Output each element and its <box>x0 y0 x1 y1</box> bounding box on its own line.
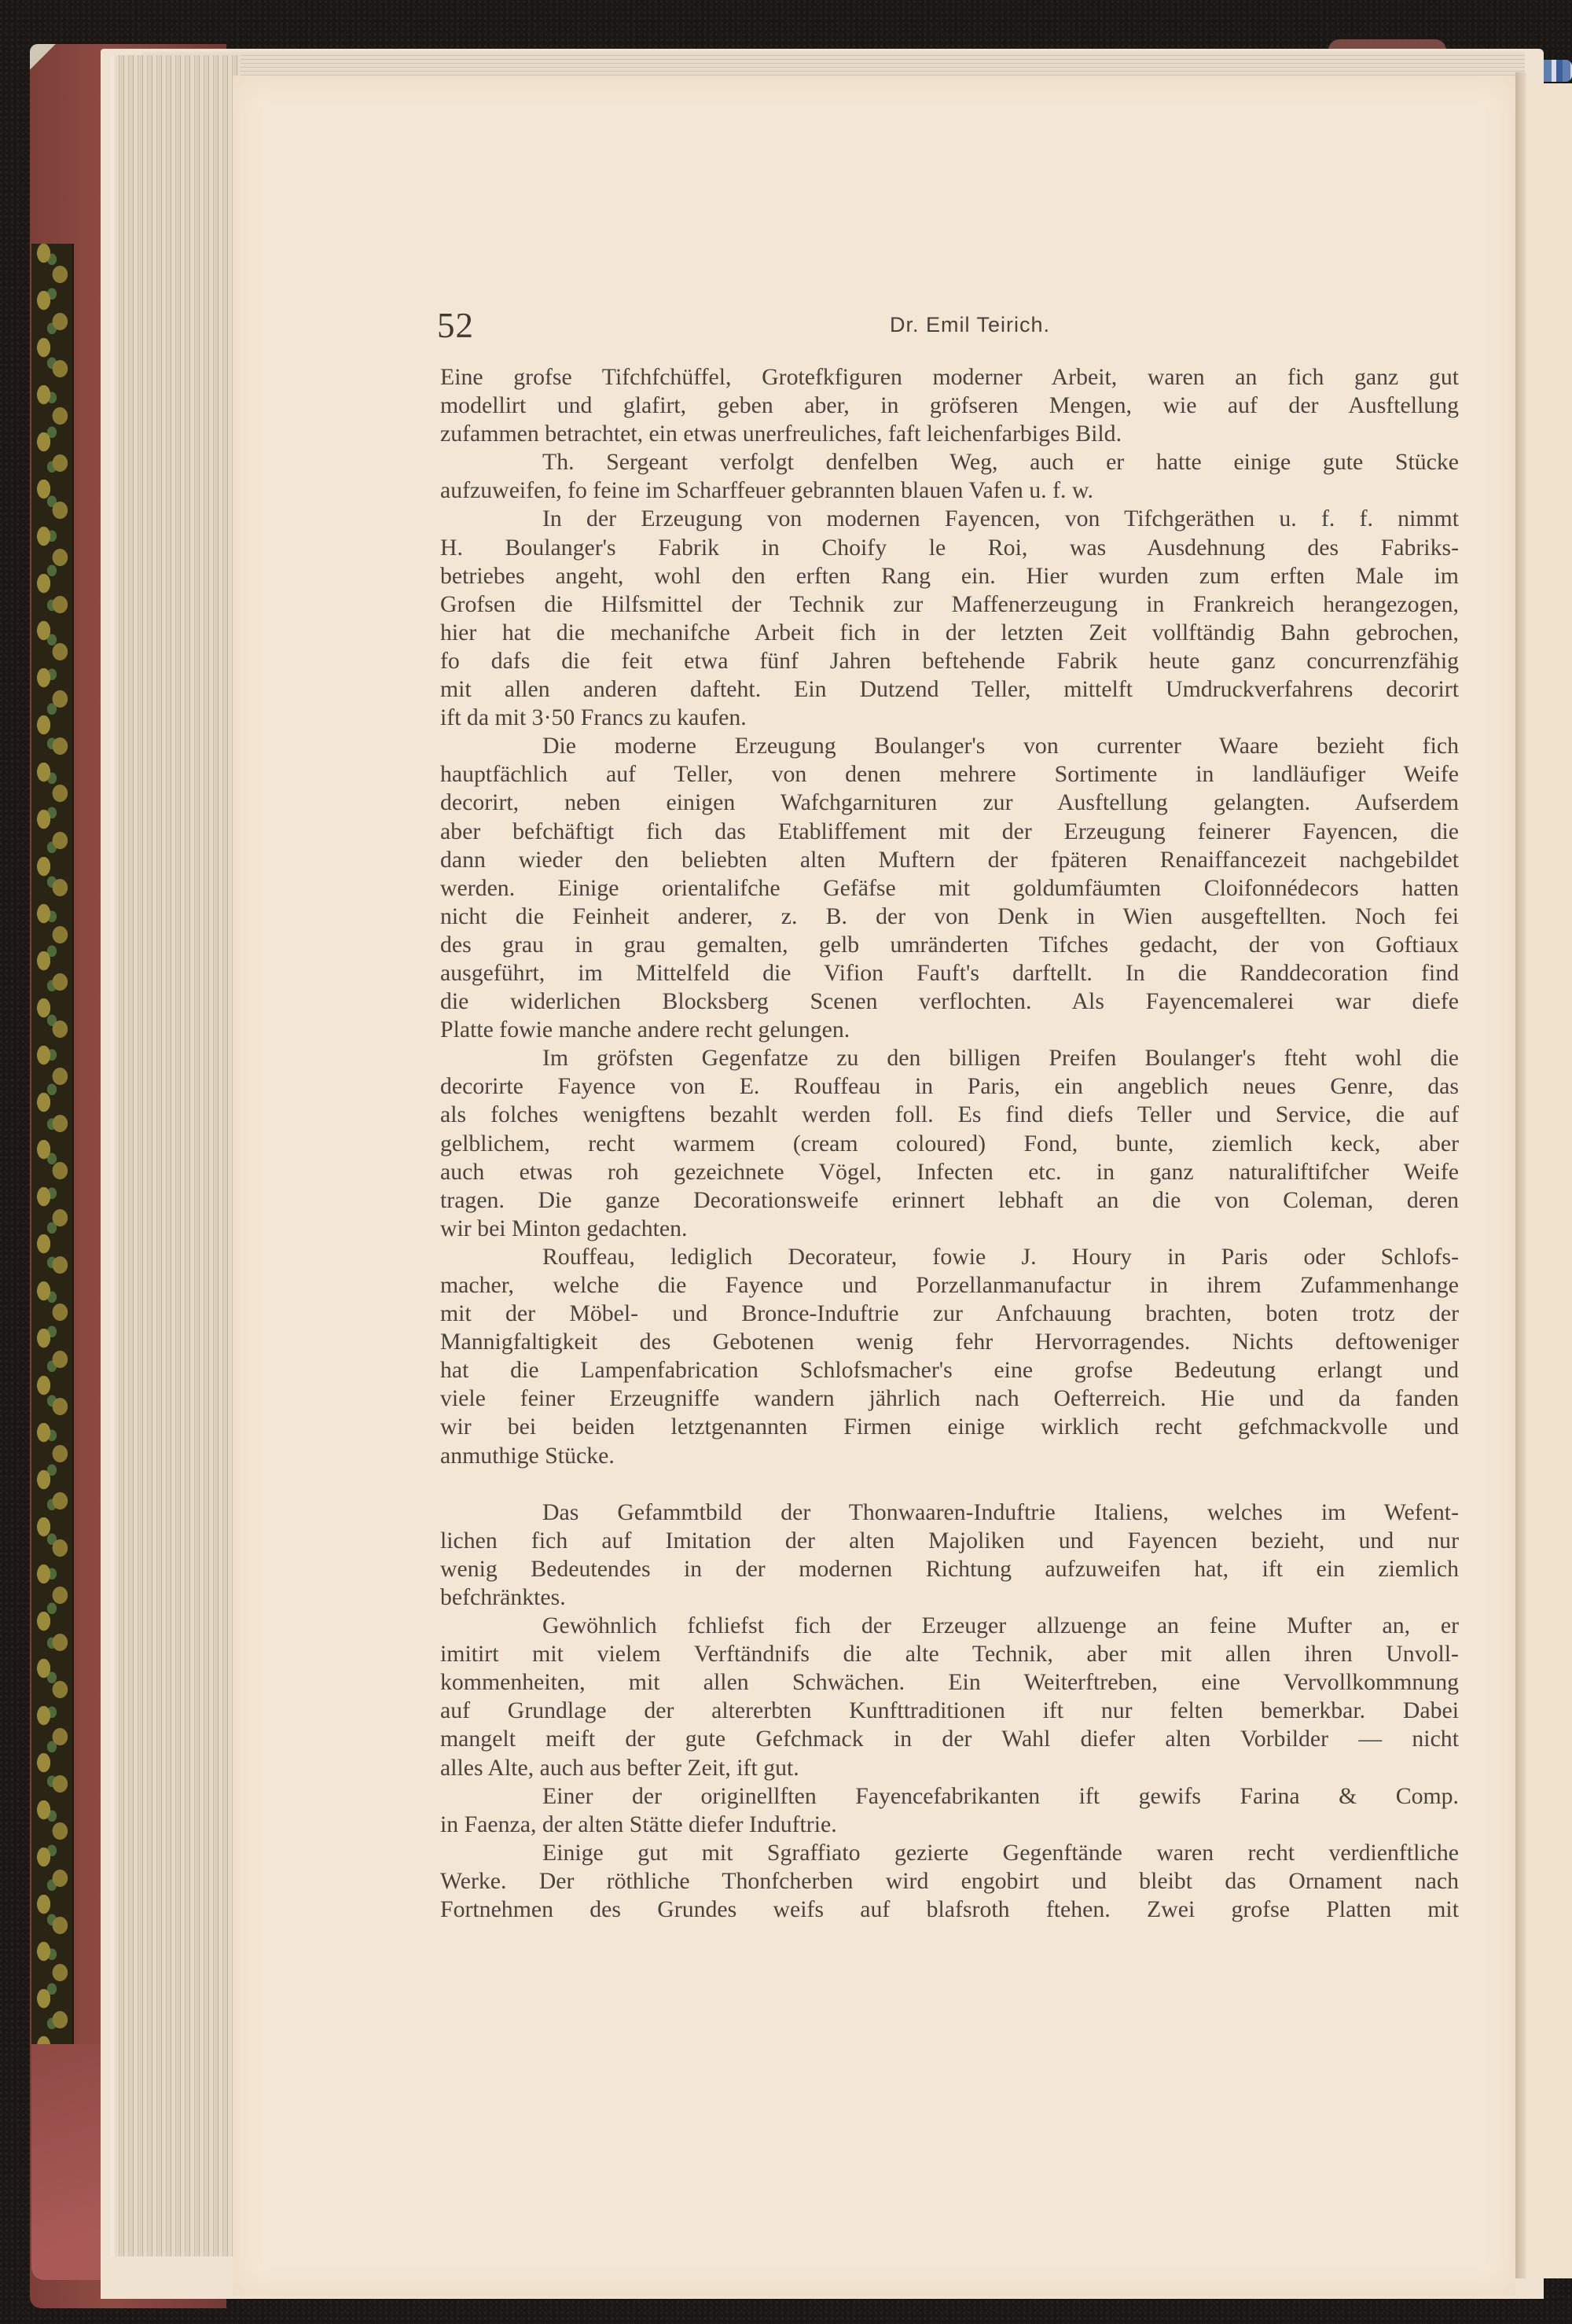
text-line: als folches wenigftens bezahlt werden fo… <box>440 1101 1459 1129</box>
text-line: macher, welche die Fayence und Porzellan… <box>440 1271 1459 1300</box>
text-line: wenig Bedeutendes in der modernen Richtu… <box>440 1555 1459 1583</box>
text-line: Fortnehmen des Grundes weifs auf blafsro… <box>440 1896 1459 1924</box>
text-line: imitirt mit vielem Verftändnifs die alte… <box>440 1640 1459 1668</box>
text-line: Mannigfaltigkeit des Gebotenen wenig feh… <box>440 1328 1459 1356</box>
paragraph: Rouffeau, lediglich Decorateur, fowie J.… <box>440 1243 1459 1470</box>
text-line: Die moderne Erzeugung Boulanger's von cu… <box>440 732 1459 760</box>
text-line: Rouffeau, lediglich Decorateur, fowie J.… <box>440 1243 1459 1271</box>
text-line: gelblichem, recht warmem (cream coloured… <box>440 1130 1459 1158</box>
text-line: wir bei Minton gedachten. <box>440 1215 1459 1243</box>
text-line: Einige gut mit Sgraffiato gezierte Gegen… <box>440 1839 1459 1867</box>
text-line: nicht die Feinheit anderer, z. B. der vo… <box>440 903 1459 931</box>
text-line: die widerlichen Blocksberg Scenen verflo… <box>440 987 1459 1016</box>
text-line: alles Alte, auch aus befter Zeit, ift gu… <box>440 1754 1459 1782</box>
text-line: modellirt und glafirt, geben aber, in gr… <box>440 392 1459 420</box>
text-line: tragen. Die ganze Decorationsweife erinn… <box>440 1186 1459 1215</box>
text-line: aufzuweifen, fo feine im Scharffeuer geb… <box>440 476 1459 505</box>
text-line: Werke. Der röthliche Thonfcherben wird e… <box>440 1867 1459 1896</box>
paragraph: Eine grofse Tifchfchüffel, Grotefkfigure… <box>440 363 1459 448</box>
text-line: Das Gefammtbild der Thonwaaren-Induftrie… <box>440 1498 1459 1527</box>
text-line: Gewöhnlich fchliefst fich der Erzeuger a… <box>440 1612 1459 1640</box>
text-line: dann wieder den beliebten alten Muftern … <box>440 846 1459 874</box>
text-line: Th. Sergeant verfolgt denfelben Weg, auc… <box>440 448 1459 476</box>
text-line: wir bei beiden letztgenannten Firmen ein… <box>440 1413 1459 1441</box>
text-line: mit der Möbel- und Bronce-Induftrie zur … <box>440 1300 1459 1328</box>
text-line: ift da mit 3·50 Francs zu kaufen. <box>440 704 1459 732</box>
facing-page-edge <box>1526 83 1572 2278</box>
text-line: werden. Einige orientalifche Gefäfse mit… <box>440 874 1459 903</box>
text-line: zufammen betrachtet, ein etwas unerfreul… <box>440 420 1459 448</box>
cover-corner-wear <box>30 44 102 115</box>
paragraph: Einer der originellften Fayencefabrikant… <box>440 1782 1459 1839</box>
author-header: Dr. Emil Teirich. <box>437 313 1456 337</box>
text-line: des grau in grau gemalten, gelb umränder… <box>440 931 1459 959</box>
text-line: mit allen anderen dafteht. Ein Dutzend T… <box>440 675 1459 704</box>
text-line: betriebes angeht, wohl den erften Rang e… <box>440 562 1459 590</box>
text-line: Eine grofse Tifchfchüffel, Grotefkfigure… <box>440 363 1459 392</box>
text-line: Einer der originellften Fayencefabrikant… <box>440 1782 1459 1811</box>
text-line: in Faenza, der alten Stätte diefer Induf… <box>440 1811 1459 1839</box>
text-line: decorirte Fayence von E. Rouffeau in Par… <box>440 1072 1459 1101</box>
running-head: 52 Dr. Emil Teirich. <box>437 305 1456 349</box>
paragraph: Th. Sergeant verfolgt denfelben Weg, auc… <box>440 448 1459 505</box>
text-line: hat die Lampenfabrication Schlofsmacher'… <box>440 1356 1459 1384</box>
marbled-cover-board <box>31 244 74 2044</box>
text-line: H. Boulanger's Fabrik in Choify le Roi, … <box>440 534 1459 562</box>
paragraph: Das Gefammtbild der Thonwaaren-Induftrie… <box>440 1498 1459 1612</box>
text-line: lichen fich auf Imitation der alten Majo… <box>440 1527 1459 1555</box>
text-line: viele feiner Erzeugniffe wandern jährlic… <box>440 1384 1459 1413</box>
text-line: kommenheiten, mit allen Schwächen. Ein W… <box>440 1668 1459 1697</box>
paragraph: Einige gut mit Sgraffiato gezierte Gegen… <box>440 1839 1459 1924</box>
text-line: Im gröfsten Gegenfatze zu den billigen P… <box>440 1044 1459 1072</box>
section-break <box>440 1470 1459 1498</box>
text-line: hier hat die mechanifche Arbeit fich in … <box>440 619 1459 647</box>
paragraph: Im gröfsten Gegenfatze zu den billigen P… <box>440 1044 1459 1243</box>
spine-gutter <box>1515 72 1526 2278</box>
text-line: aber befchäftigt fich das Etabliffement … <box>440 818 1459 846</box>
text-line: auf Grundlage der altererbten Kunfttradi… <box>440 1697 1459 1725</box>
text-line: auch etwas roh gezeichnete Vögel, Infect… <box>440 1158 1459 1186</box>
body-text: Eine grofse Tifchfchüffel, Grotefkfigure… <box>440 363 1459 1924</box>
text-line: hauptfächlich auf Teller, von denen mehr… <box>440 760 1459 789</box>
page-side-edges <box>110 55 241 2256</box>
text-line: decorirt, neben einigen Wafchgarnituren … <box>440 789 1459 817</box>
paragraph: In der Erzeugung von modernen Fayencen, … <box>440 505 1459 732</box>
text-line: Platte fowie manche andere recht gelunge… <box>440 1016 1459 1044</box>
text-line: Grofsen die Hilfsmittel der Technik zur … <box>440 590 1459 619</box>
text-line: anmuthige Stücke. <box>440 1442 1459 1470</box>
text-line: ausgeführt, im Mittelfeld die Vifion Fau… <box>440 959 1459 987</box>
text-line: fo dafs die feit etwa fünf Jahren befteh… <box>440 647 1459 675</box>
text-line: befchränktes. <box>440 1583 1459 1612</box>
text-line: mangelt meift der gute Gefchmack in der … <box>440 1725 1459 1753</box>
paragraph: Gewöhnlich fchliefst fich der Erzeuger a… <box>440 1612 1459 1782</box>
text-line: In der Erzeugung von modernen Fayencen, … <box>440 505 1459 533</box>
paragraph: Die moderne Erzeugung Boulanger's von cu… <box>440 732 1459 1044</box>
